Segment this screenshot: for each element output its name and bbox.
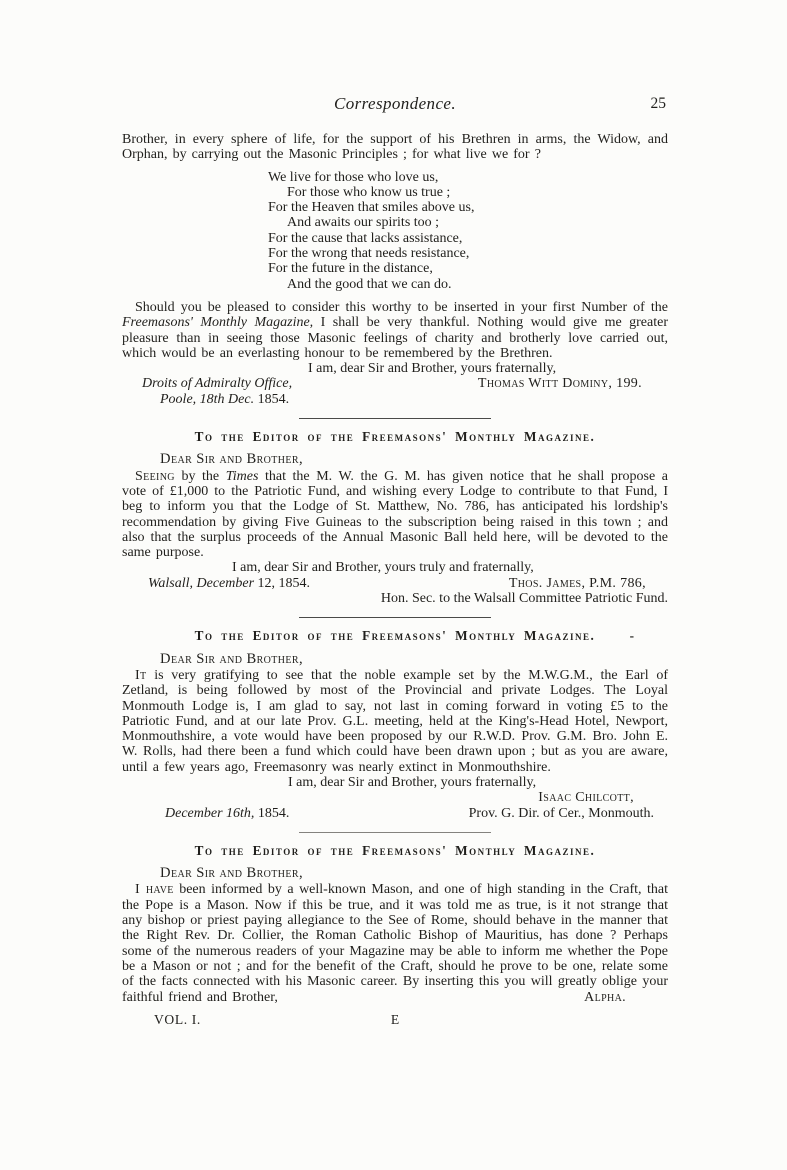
text-segment: Should you be pleased to consider this w… (135, 300, 668, 315)
letter-heading-text: To the Editor of the Freemasons' Monthly… (195, 843, 596, 858)
text-segment: It (135, 668, 146, 683)
signature-name: Thomas Witt Dominy, 199. (478, 376, 642, 391)
poem-line: For the Heaven that smiles above us, (268, 200, 668, 215)
salutation: Dear Sir and Brother, (160, 452, 668, 467)
closing-line: I am, dear Sir and Brother, yours frater… (308, 361, 668, 376)
poem-line: And the good that we can do. (287, 277, 668, 292)
paragraph-text: I have been informed by a well-known Mas… (122, 882, 668, 1004)
date-line: December 16th, 1854. (165, 806, 289, 821)
paragraph: I have been informed by a well-known Mas… (122, 882, 668, 1004)
text-segment: Poole, 18th Dec. (160, 392, 254, 407)
text-segment: Seeing (135, 469, 175, 484)
poem: We live for those who love us,For those … (268, 170, 668, 292)
date-line: Walsall, December 12, 1854. (148, 576, 310, 591)
text-segment: Brother, in every sphere of life, for th… (122, 132, 668, 162)
page-number: 25 (651, 95, 667, 113)
section-divider (299, 832, 491, 833)
closing-line: I am, dear Sir and Brother, yours frater… (288, 775, 668, 790)
page-title: Correspondence. (122, 94, 668, 114)
letter-heading-text: To the Editor of the Freemasons' Monthly… (195, 628, 596, 643)
text-segment: Times (226, 469, 259, 484)
signature-row: Walsall, December 12, 1854. Thos. James,… (122, 576, 668, 591)
running-head: Correspondence. 25 (122, 94, 668, 114)
text-segment: 12, 1854. (254, 576, 310, 591)
poem-line: For the future in the distance, (268, 261, 668, 276)
signature-name: Alpha. (571, 990, 626, 1005)
paragraph: It is very gratifying to see that the no… (122, 668, 668, 775)
signature-title: Hon. Sec. to the Walsall Committee Patri… (122, 591, 668, 606)
section-divider (299, 617, 491, 618)
text-segment: been informed by a well-known Mason, and… (122, 882, 668, 1004)
page-footer: VOL. I. E (122, 1012, 668, 1027)
text-segment: I have (135, 882, 174, 897)
poem-line: And awaits our spirits too ; (287, 215, 668, 230)
signature-title: Prov. G. Dir. of Cer., Monmouth. (469, 806, 654, 821)
text-segment: Freemasons' Monthly Magazine, (122, 315, 313, 330)
scanned-page: Correspondence. 25 Brother, in every sph… (0, 0, 787, 1170)
poem-line: For the wrong that needs resistance, (268, 246, 668, 261)
text-segment: 1854. (254, 806, 289, 821)
printer-signature-mark: E (122, 1012, 668, 1027)
section-divider (299, 418, 491, 419)
signature-name: Thos. James, P.M. 786, (509, 576, 646, 591)
letter-1: Brother, in every sphere of life, for th… (122, 132, 668, 407)
paragraph: Seeing by the Times that the M. W. the G… (122, 469, 668, 561)
poem-line: For those who know us true ; (287, 185, 668, 200)
letter-3: To the Editor of the Freemasons' Monthly… (122, 628, 668, 821)
paragraph: Should you be pleased to consider this w… (122, 300, 668, 361)
salutation: Dear Sir and Brother, (160, 652, 668, 667)
letter-heading: To the Editor of the Freemasons' Monthly… (122, 628, 668, 643)
poem-line: For the cause that lacks assistance, (268, 231, 668, 246)
letter-4: To the Editor of the Freemasons' Monthly… (122, 843, 668, 1005)
stray-mark: - (630, 628, 634, 643)
letter-2: To the Editor of the Freemasons' Monthly… (122, 429, 668, 606)
text-segment: December 16th, (165, 806, 254, 821)
closing-line: I am, dear Sir and Brother, yours truly … (232, 560, 668, 575)
signature-name: Isaac Chilcott, (122, 790, 634, 805)
letter-heading-text: To the Editor of the Freemasons' Monthly… (195, 429, 596, 444)
page-content: Brother, in every sphere of life, for th… (122, 132, 668, 1027)
date-line: Poole, 18th Dec. 1854. (160, 392, 668, 407)
place-line: Droits of Admiralty Office, (142, 376, 292, 391)
salutation: Dear Sir and Brother, (160, 866, 668, 881)
paragraph: Brother, in every sphere of life, for th… (122, 132, 668, 163)
volume-label: VOL. I. (154, 1012, 201, 1027)
signature-row: December 16th, 1854. Prov. G. Dir. of Ce… (122, 806, 668, 821)
text-segment: by the (175, 469, 226, 484)
text-segment: is very gratifying to see that the noble… (122, 668, 668, 775)
text-segment: Walsall, December (148, 576, 254, 591)
letter-heading: To the Editor of the Freemasons' Monthly… (122, 843, 668, 858)
letter-heading: To the Editor of the Freemasons' Monthly… (122, 429, 668, 444)
text-segment: 1854. (254, 392, 289, 407)
poem-line: We live for those who love us, (268, 170, 668, 185)
signature-row: Droits of Admiralty Office, Thomas Witt … (122, 376, 668, 391)
